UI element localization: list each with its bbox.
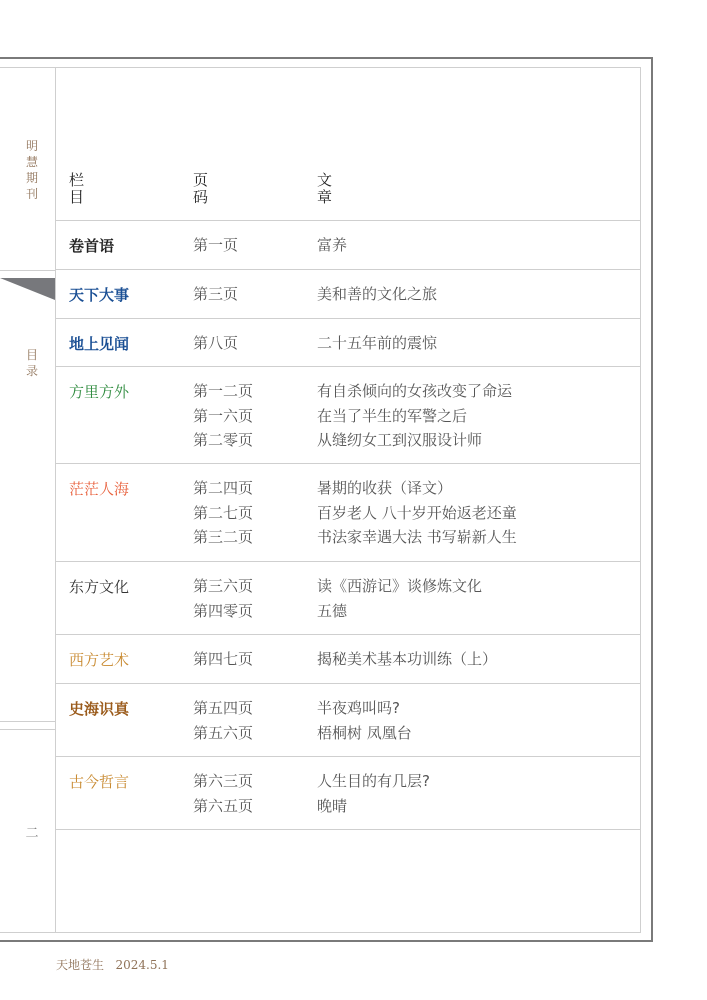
article-title[interactable]: 梧桐树 凤凰台 xyxy=(317,721,412,746)
footer-date: 2024.5.1 xyxy=(115,958,168,972)
article-title[interactable]: 晚晴 xyxy=(317,794,430,819)
table-row: 古今哲言第六三页第六五页人生目的有几层?晚晴 xyxy=(56,757,640,830)
table-header: 栏 目 页 码 文 章 xyxy=(56,68,640,221)
article-title[interactable]: 人生目的有几层? xyxy=(317,769,430,794)
row-category: 西方艺术 xyxy=(69,649,129,670)
header-char: 页 xyxy=(193,172,211,189)
page-ref: 第四七页 xyxy=(193,647,253,672)
row-titles: 二十五年前的震惊 xyxy=(317,331,437,356)
table-of-contents: 栏 目 页 码 文 章 卷首语第一页富养天下大事第三页美和善的文化之旅地上见闻第… xyxy=(56,68,640,830)
journal-name-char: 明 xyxy=(24,138,40,154)
page-ref: 第一二页 xyxy=(193,379,253,404)
article-title[interactable]: 从缝纫女工到汉服设计师 xyxy=(317,428,512,453)
footer-publication: 天地苍生 xyxy=(56,958,104,972)
page-ref: 第二四页 xyxy=(193,476,253,501)
page-ref: 第一六页 xyxy=(193,404,253,429)
journal-name-char: 期 xyxy=(24,170,40,186)
page-ref: 第三六页 xyxy=(193,574,253,599)
journal-name-vertical: 明 慧 期 刊 xyxy=(24,138,40,202)
article-title[interactable]: 书法家幸遇大法 书写崭新人生 xyxy=(317,525,517,550)
page-ref: 第三页 xyxy=(193,282,238,307)
page-ref: 第四零页 xyxy=(193,599,253,624)
page-ref: 第一页 xyxy=(193,233,238,258)
row-titles: 揭秘美术基本功训练（上） xyxy=(317,647,497,672)
row-category: 卷首语 xyxy=(69,235,114,256)
article-title[interactable]: 读《西游记》谈修炼文化 xyxy=(317,574,482,599)
section-label-char: 录 xyxy=(24,363,40,379)
page-ref: 第六五页 xyxy=(193,794,253,819)
article-title[interactable]: 百岁老人 八十岁开始返老还童 xyxy=(317,501,517,526)
row-pages: 第四七页 xyxy=(193,647,253,672)
header-char: 栏 xyxy=(69,172,87,189)
page-ref: 第五四页 xyxy=(193,696,253,721)
article-title[interactable]: 美和善的文化之旅 xyxy=(317,282,437,307)
journal-name-char: 慧 xyxy=(24,154,40,170)
header-char: 章 xyxy=(317,189,335,206)
page-ref: 第二七页 xyxy=(193,501,253,526)
row-titles: 有自杀倾向的女孩改变了命运在当了半生的军警之后从缝纫女工到汉服设计师 xyxy=(317,379,512,453)
decorative-triangle xyxy=(0,278,55,300)
section-label-char: 目 xyxy=(24,347,40,363)
section-label-vertical: 目 录 xyxy=(24,347,40,379)
row-category: 史海识真 xyxy=(69,698,129,719)
table-body: 卷首语第一页富养天下大事第三页美和善的文化之旅地上见闻第八页二十五年前的震惊方里… xyxy=(56,221,640,830)
header-char: 码 xyxy=(193,189,211,206)
row-titles: 人生目的有几层?晚晴 xyxy=(317,769,430,818)
page-ref: 第六三页 xyxy=(193,769,253,794)
table-row: 西方艺术第四七页揭秘美术基本功训练（上） xyxy=(56,635,640,684)
sidebar-rule-lower-2 xyxy=(0,729,55,730)
table-row: 史海识真第五四页第五六页半夜鸡叫吗?梧桐树 凤凰台 xyxy=(56,684,640,757)
row-category: 地上见闻 xyxy=(69,333,129,354)
row-pages: 第三页 xyxy=(193,282,238,307)
table-row: 地上见闻第八页二十五年前的震惊 xyxy=(56,319,640,367)
row-pages: 第二四页第二七页第三二页 xyxy=(193,476,253,550)
article-title[interactable]: 揭秘美术基本功训练（上） xyxy=(317,647,497,672)
row-titles: 暑期的收获（译文）百岁老人 八十岁开始返老还童书法家幸遇大法 书写崭新人生 xyxy=(317,476,517,550)
table-row: 卷首语第一页富养 xyxy=(56,221,640,270)
header-column: 栏 目 xyxy=(69,172,87,206)
header-article: 文 章 xyxy=(317,172,335,206)
page-ref: 第二零页 xyxy=(193,428,253,453)
row-pages: 第一二页第一六页第二零页 xyxy=(193,379,253,453)
article-title[interactable]: 有自杀倾向的女孩改变了命运 xyxy=(317,379,512,404)
page-ref: 第八页 xyxy=(193,331,238,356)
article-title[interactable]: 半夜鸡叫吗? xyxy=(317,696,412,721)
header-char: 文 xyxy=(317,172,335,189)
row-pages: 第三六页第四零页 xyxy=(193,574,253,623)
row-category: 茫茫人海 xyxy=(69,478,129,499)
sidebar-rule-top xyxy=(0,270,55,271)
table-row: 天下大事第三页美和善的文化之旅 xyxy=(56,270,640,319)
row-titles: 读《西游记》谈修炼文化五德 xyxy=(317,574,482,623)
row-pages: 第五四页第五六页 xyxy=(193,696,253,745)
page-ref: 第三二页 xyxy=(193,525,253,550)
page-number: 二 xyxy=(24,822,40,841)
header-page: 页 码 xyxy=(193,172,211,206)
header-char: 目 xyxy=(69,189,87,206)
article-title[interactable]: 富养 xyxy=(317,233,347,258)
journal-name-char: 刊 xyxy=(24,186,40,202)
footer: 天地苍生 2024.5.1 xyxy=(56,956,169,973)
row-category: 古今哲言 xyxy=(69,771,129,792)
row-titles: 富养 xyxy=(317,233,347,258)
sidebar-rule-lower-1 xyxy=(0,721,55,722)
table-row: 茫茫人海第二四页第二七页第三二页暑期的收获（译文）百岁老人 八十岁开始返老还童书… xyxy=(56,464,640,562)
row-pages: 第八页 xyxy=(193,331,238,356)
row-pages: 第六三页第六五页 xyxy=(193,769,253,818)
article-title[interactable]: 在当了半生的军警之后 xyxy=(317,404,512,429)
row-category: 东方文化 xyxy=(69,576,129,597)
page-ref: 第五六页 xyxy=(193,721,253,746)
table-row: 方里方外第一二页第一六页第二零页有自杀倾向的女孩改变了命运在当了半生的军警之后从… xyxy=(56,367,640,464)
row-pages: 第一页 xyxy=(193,233,238,258)
row-titles: 美和善的文化之旅 xyxy=(317,282,437,307)
row-category: 方里方外 xyxy=(69,381,129,402)
article-title[interactable]: 五德 xyxy=(317,599,482,624)
row-category: 天下大事 xyxy=(69,284,129,305)
article-title[interactable]: 暑期的收获（译文） xyxy=(317,476,517,501)
table-row: 东方文化第三六页第四零页读《西游记》谈修炼文化五德 xyxy=(56,562,640,635)
article-title[interactable]: 二十五年前的震惊 xyxy=(317,331,437,356)
row-titles: 半夜鸡叫吗?梧桐树 凤凰台 xyxy=(317,696,412,745)
